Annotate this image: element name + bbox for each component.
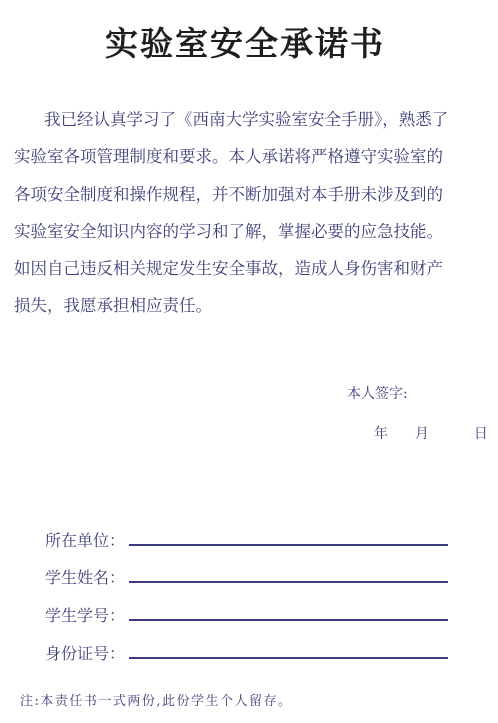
paragraph-line: 实验室各项管理制度和要求。本人承诺将严格遵守实验室的 [14,138,474,175]
paragraph-line: 损失，我愿承担相应责任。 [14,287,474,324]
document-title: 实验室安全承诺书 [0,18,490,65]
field-label: 身份证号： [45,641,125,664]
field-underline-id-card[interactable] [129,657,448,659]
field-label: 学生姓名： [45,565,125,588]
date-month: 月 [415,423,429,443]
field-underline-student-name[interactable] [129,581,448,583]
date-day: 日 [474,423,488,443]
field-id-card[interactable]: 身份证号： [45,641,455,663]
field-underline-student-id[interactable] [129,619,448,621]
paragraph-line: 实验室安全知识内容的学习和了解，掌握必要的应急技能。 [14,213,474,250]
paragraph-line: 如因自己违反相关规定发生安全事故，造成人身伤害和财产 [14,250,474,287]
commitment-paragraph: 我已经认真学习了《西南大学实验室安全手册》，熟悉了 实验室各项管理制度和要求。本… [14,101,474,325]
field-student-name[interactable]: 学生姓名： [45,565,455,587]
paragraph-line: 各项安全制度和操作规程，并不断加强对本手册未涉及到的 [14,176,474,213]
field-label: 学生学号： [45,603,125,626]
field-underline-unit[interactable] [129,544,448,546]
field-label: 所在单位： [45,528,125,551]
date-year: 年 [374,423,388,443]
date-line: 年 月 日 [374,423,488,443]
footnote: 注:本责任书一式两份,此份学生个人留存。 [20,690,293,709]
paragraph-line: 我已经认真学习了《西南大学实验室安全手册》，熟悉了 [14,101,474,138]
field-student-id[interactable]: 学生学号： [45,603,455,625]
signature-label: 本人签字: [347,383,408,403]
field-unit[interactable]: 所在单位： [45,528,455,550]
